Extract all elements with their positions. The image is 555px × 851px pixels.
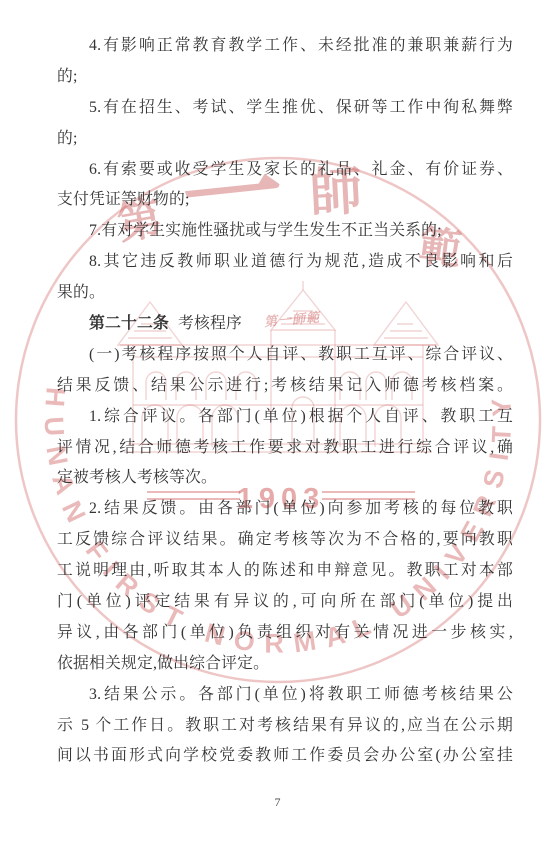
text-line: 门(单位)评定结果有异议的,可向所在部门(单位)提出 [57, 587, 513, 618]
text-line: (一)考核程序按照个人自评、教职工互评、综合评议、 [57, 340, 513, 371]
text-line: 结果反馈、结果公示进行;考核结果记入师德考核档案。 [57, 371, 513, 402]
article-22-heading: 第二十二条考核程序 [57, 309, 513, 340]
document-page: HUNAN FIRST NORMAL UNIVERSITY [0, 0, 555, 851]
text-line: 的; [57, 124, 513, 155]
text-line: 果的。 [57, 278, 513, 309]
text-line: 支付凭证等财物的; [57, 185, 513, 216]
text-line: 工说明理由,听取其本人的陈述和申辩意见。教职工对本部 [57, 556, 513, 587]
text-line: 异议,由各部门(单位)负责组织对有关情况进一步核实, [57, 618, 513, 649]
text-line: 工反馈综合评议结果。确定考核等次为不合格的,要向教职 [57, 525, 513, 556]
document-body: 4.有影响正常教育教学工作、未经批准的兼职兼薪行为 的; 5.有在招生、考试、学… [57, 31, 513, 772]
text-line: 8.其它违反教师职业道德行为规范,造成不良影响和后 [57, 247, 513, 278]
text-line: 1.综合评议。各部门(单位)根据个人自评、教职工互 [57, 402, 513, 433]
text-line: 3.结果公示。各部门(单位)将教职工师德考核结果公 [57, 680, 513, 711]
page-number: 7 [0, 795, 555, 810]
text-line: 6.有索要或收受学生及家长的礼品、礼金、有价证券、 [57, 155, 513, 186]
text-line: 7.有对学生实施性骚扰或与学生发生不正当关系的; [57, 216, 513, 247]
text-line: 间以书面形式向学校党委教师工作委员会办公室(办公室挂 [57, 741, 513, 772]
text-line: 示 5 个工作日。教职工对考核结果有异议的,应当在公示期 [57, 711, 513, 742]
text-line: 评情况,结合师德考核工作要求对教职工进行综合评议,确 [57, 433, 513, 464]
text-line: 5.有在招生、考试、学生推优、保研等工作中徇私舞弊 [57, 93, 513, 124]
article-number: 第二十二条 [89, 315, 169, 332]
text-line: 的; [57, 62, 513, 93]
text-line: 4.有影响正常教育教学工作、未经批准的兼职兼薪行为 [57, 31, 513, 62]
text-line: 依据相关规定,做出综合评定。 [57, 649, 513, 680]
article-title: 考核程序 [178, 315, 242, 332]
text-line: 定被考核人考核等次。 [57, 463, 513, 494]
text-line: 2.结果反馈。由各部门(单位)向参加考核的每位教职 [57, 494, 513, 525]
